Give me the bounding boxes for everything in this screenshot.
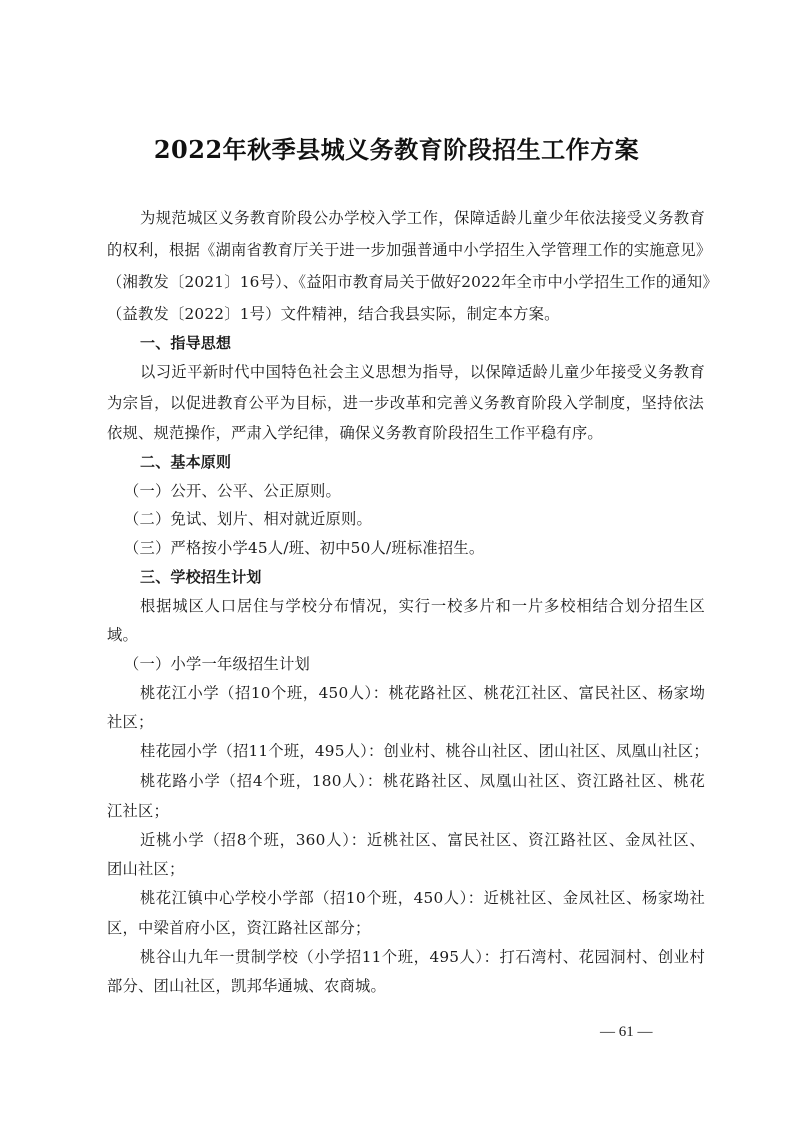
intro-line-4: （益教发〔2022〕1号）文件精神，结合我县实际，制定本方案。 — [107, 304, 707, 324]
school-entry-taogushan-line-2: 部分、团山社区，凯邦华通城、农商城。 — [107, 976, 707, 996]
intro-line-2: 的权利，根据《湖南省教育厅关于进一步加强普通中小学招生入学管理工作的实施意见》 — [107, 240, 704, 260]
section1-line-1: 以习近平新时代中国特色社会主义思想为指导，以保障适龄儿童少年接受义务教育 — [140, 362, 705, 382]
section-heading-enrollment-plan: 三、学校招生计划 — [140, 567, 740, 587]
section3-intro-line-2: 域。 — [107, 625, 707, 645]
school-entry-town-center-line-2: 区，中梁首府小区，资江路社区部分； — [107, 918, 707, 938]
intro-line-3: （湘教发〔2021〕16号）、《益阳市教育局关于做好2022年全市中小学招生工作… — [107, 272, 704, 292]
document-page: 2022年秋季县城义务教育阶段招生工作方案 为规范城区义务教育阶段公办学校入学工… — [0, 0, 793, 1122]
principle-item-2: （二）免试、划片、相对就近原则。 — [124, 509, 724, 529]
section1-line-3: 依规、规范操作，严肃入学纪律，确保义务教育阶段招生工作平稳有序。 — [107, 423, 707, 443]
section3-intro-line-1: 根据城区人口居住与学校分布情况，实行一校多片和一片多校相结合划分招生区 — [140, 596, 705, 616]
principle-item-1: （一）公开、公平、公正原则。 — [124, 481, 724, 501]
document-title: 2022年秋季县城义务教育阶段招生工作方案 — [0, 130, 793, 165]
section-heading-guiding-ideology: 一、指导思想 — [140, 333, 740, 353]
section-heading-basic-principles: 二、基本原则 — [140, 452, 740, 472]
subheading-primary-grade1: （一）小学一年级招生计划 — [124, 654, 724, 674]
school-entry-taohuajiang-line-1: 桃花江小学（招10个班，450人）：桃花路社区、桃花江社区、富民社区、杨家坳 — [140, 683, 705, 703]
school-entry-taohualu-line-1: 桃花路小学（招4个班，180人）：桃花路社区、凤凰山社区、资江路社区、桃花 — [140, 771, 705, 791]
school-entry-jintao-line-2: 团山社区； — [107, 859, 707, 879]
school-entry-taohualu-line-2: 江社区； — [107, 801, 707, 821]
school-entry-taogushan-line-1: 桃谷山九年一贯制学校（小学招11个班，495人）：打石湾村、花园洞村、创业村 — [140, 947, 705, 967]
school-entry-town-center-line-1: 桃花江镇中心学校小学部（招10个班，450人）：近桃社区、金凤社区、杨家坳社 — [140, 888, 705, 908]
page-number: — 61 — — [600, 1024, 653, 1041]
section1-line-2: 为宗旨，以促进教育公平为目标，进一步改革和完善义务教育阶段入学制度，坚持依法 — [107, 393, 704, 413]
school-entry-jintao-line-1: 近桃小学（招8个班，360人）：近桃社区、富民社区、资江路社区、金凤社区、 — [140, 830, 705, 850]
intro-line-1: 为规范城区义务教育阶段公办学校入学工作，保障适龄儿童少年依法接受义务教育 — [140, 208, 705, 228]
school-entry-taohuajiang-line-2: 社区； — [107, 712, 707, 732]
principle-item-3: （三）严格按小学45人/班、初中50人/班标准招生。 — [124, 538, 724, 558]
school-entry-guihuayuan-line-1: 桂花园小学（招11个班，495人）：创业村、桃谷山社区、团山社区、凤凰山社区； — [140, 741, 740, 761]
